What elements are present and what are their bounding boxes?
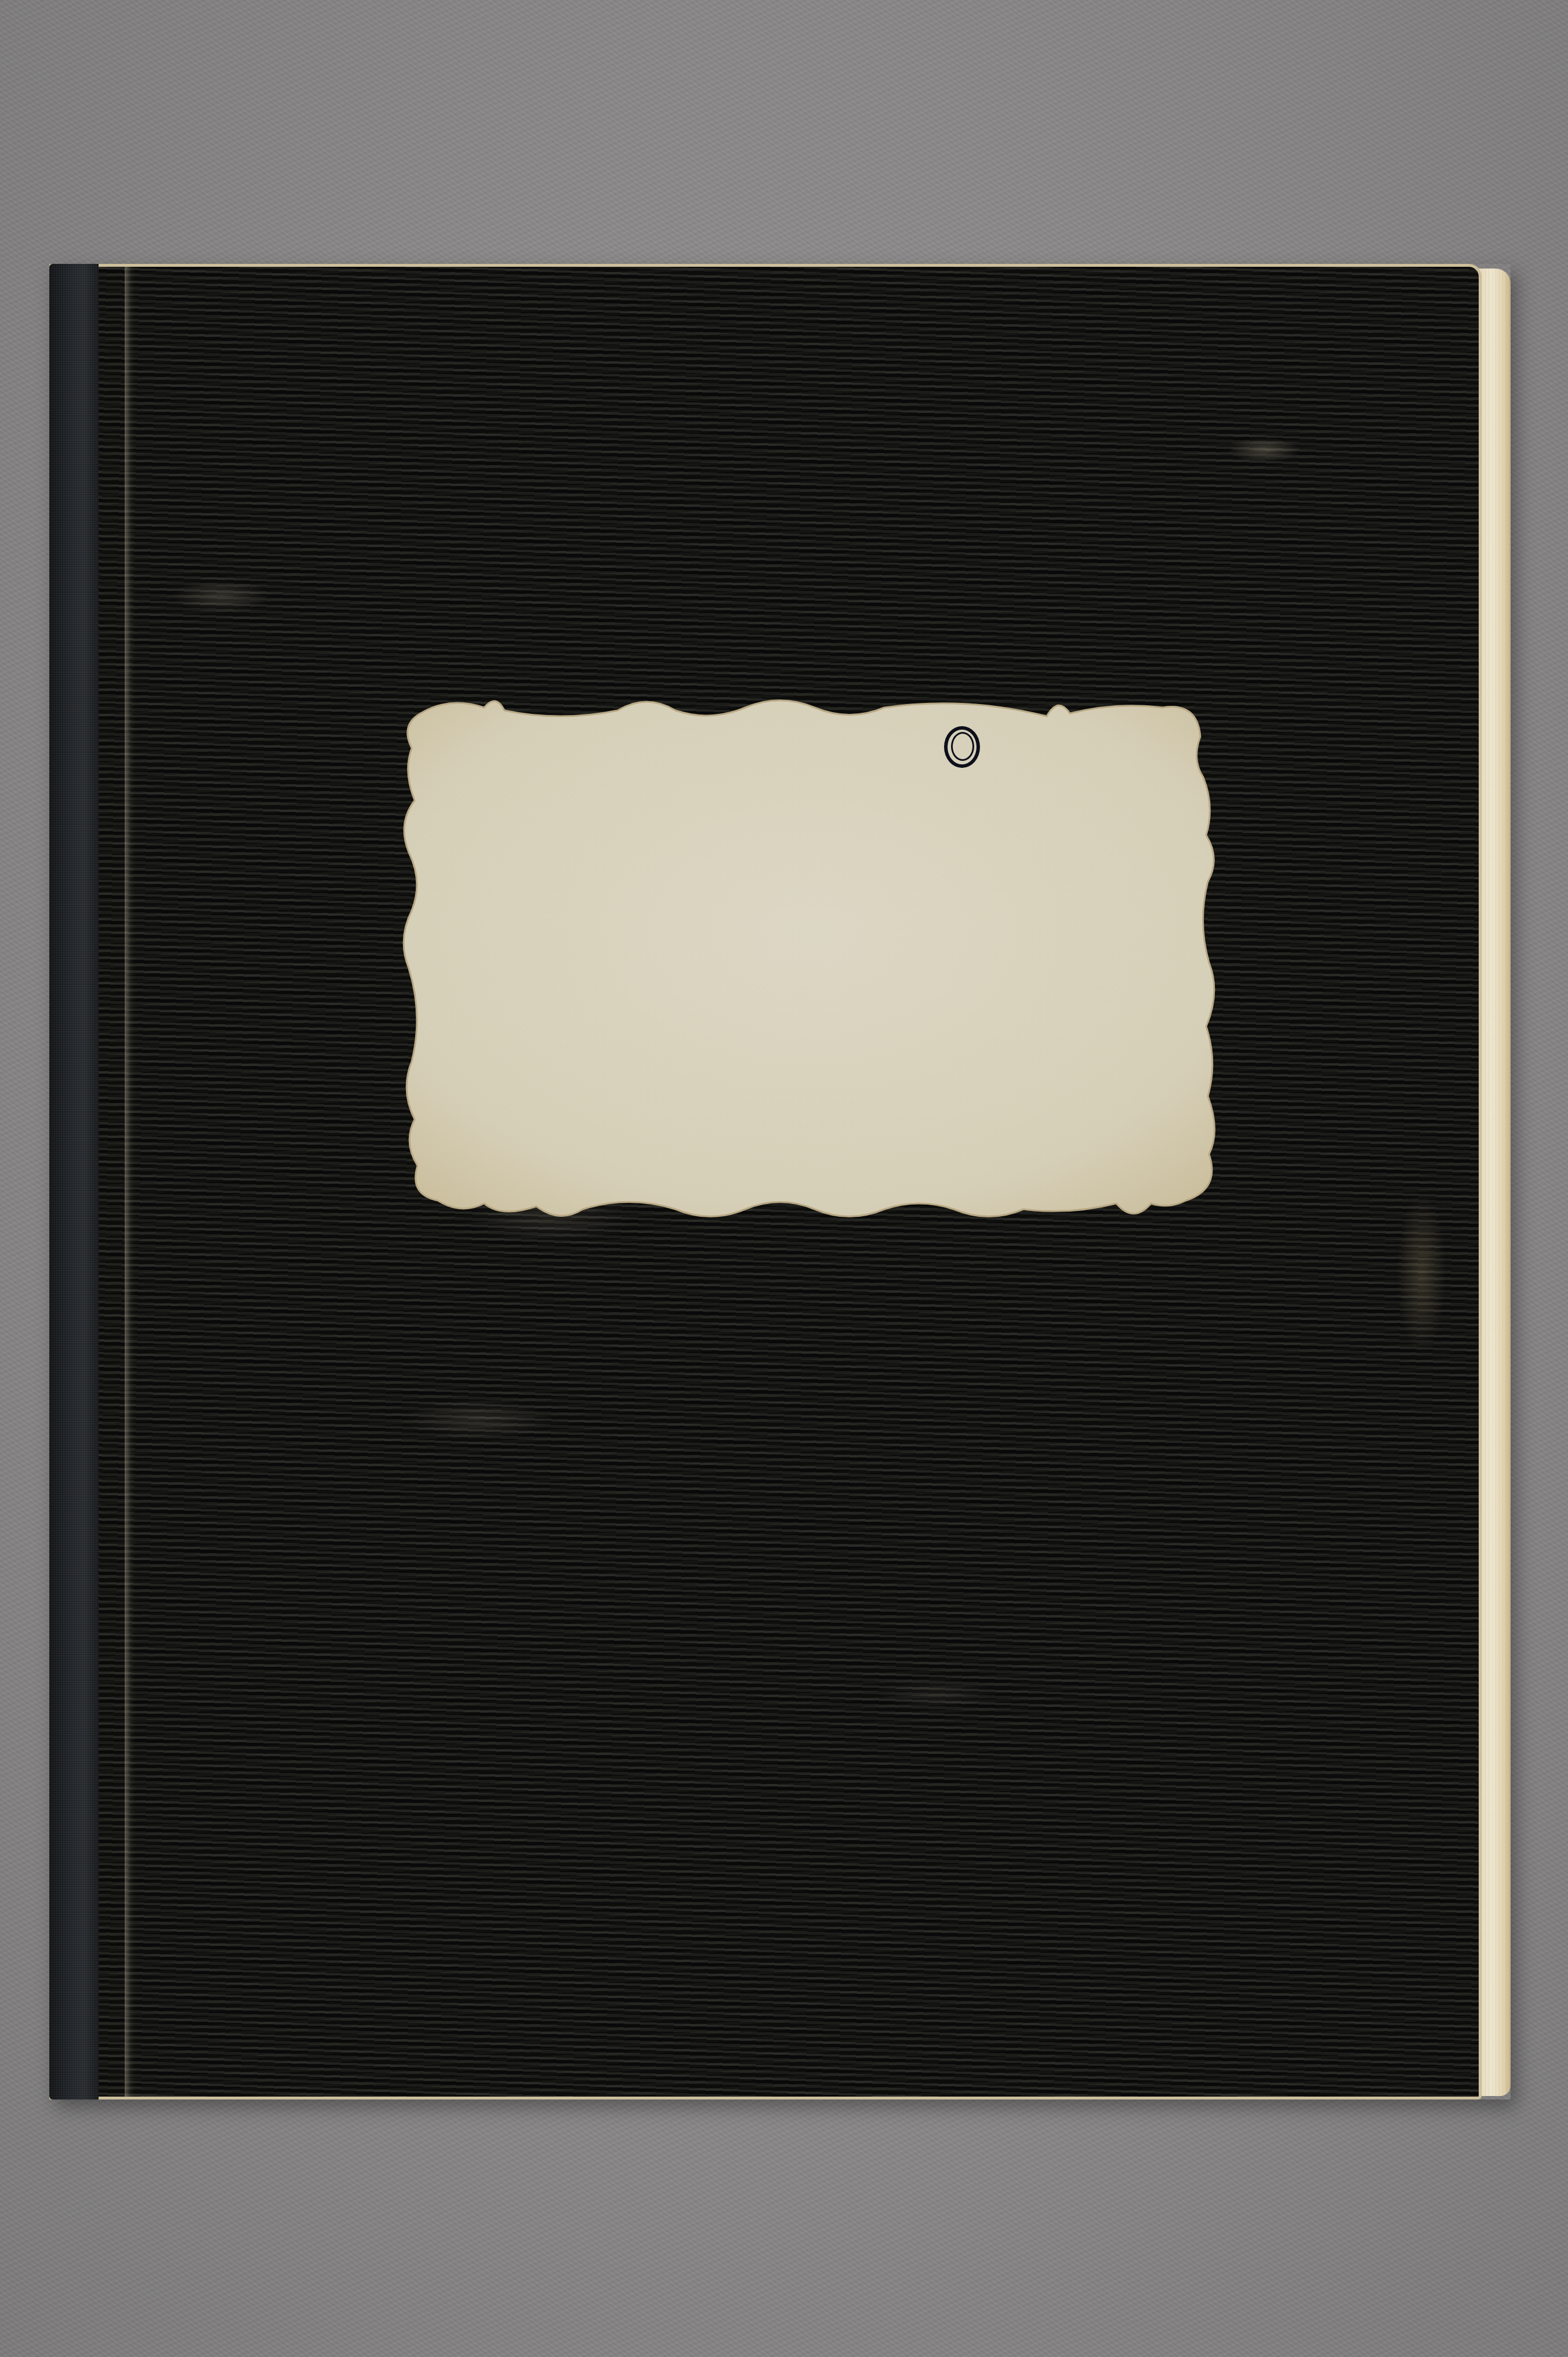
ink-o-mark	[944, 726, 980, 768]
label-shape	[386, 690, 1226, 1230]
notebook	[49, 264, 1511, 2099]
cover-label	[386, 690, 1226, 1230]
front-cover	[49, 264, 1482, 2099]
cover-hinge	[125, 267, 135, 2097]
cloth-spine	[49, 264, 99, 2099]
